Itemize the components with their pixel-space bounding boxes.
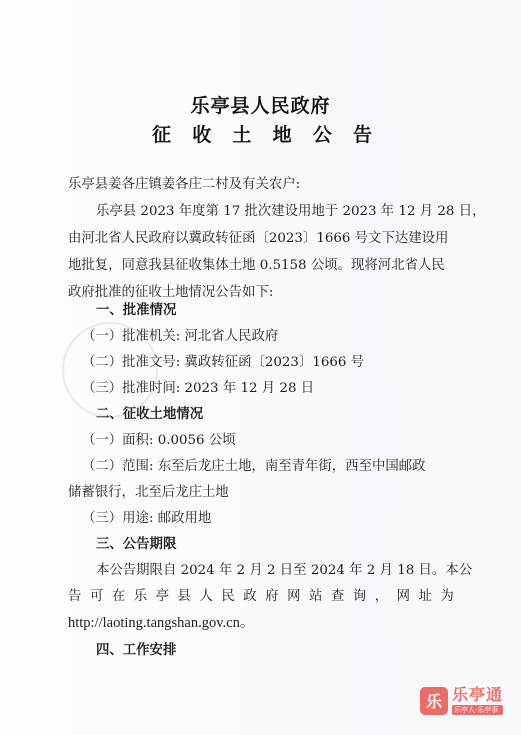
char: 查 [331,587,344,607]
land-use: （三）用途: 邮政用地 [82,509,468,529]
char: 为 [440,587,453,607]
watermark-tagline: 乐亭人·乐亭事 [452,705,503,715]
char: 网 [397,587,410,607]
char: 在 [112,587,125,607]
period-line-2: 告 可 在 乐 亭 县 人 民 政 府 网 站 查 询 ， 网 址 为 [68,587,454,607]
section-heading-period: 三、公告期限 [96,535,482,555]
app-logo-icon: 乐 [420,687,448,715]
char: 告 [68,587,81,607]
title-char: 土 [232,120,251,147]
intro-line-2: 由河北省人民政府以冀政转征函〔2023〕1666 号文下达建设用 [68,229,454,249]
char: 询 [353,587,366,607]
intro-line-4: 政府批准的征收土地情况公告如下: [68,283,454,303]
title-char: 告 [353,120,372,147]
section-heading-approval: 一、批准情况 [96,301,482,321]
char: 县 [178,587,191,607]
section-heading-land: 二、征收土地情况 [96,405,482,425]
land-boundary-cont: 储蓄银行，北至后龙庄土地 [68,483,454,503]
title-char: 征 [152,120,171,147]
intro-line-1: 乐亭县 2023 年度第 17 批次建设用地于 2023 年 12 月 28 日… [96,202,454,222]
title-char: 地 [273,120,292,147]
approval-document-number: （二）批准文号: 冀政转征函〔2023〕1666 号 [82,353,468,373]
app-watermark: 乐 乐亭通 乐亭人·乐亭事 [420,686,503,715]
government-website-url[interactable]: http://laoting.tangshan.gov.cn。 [68,613,454,633]
char: 政 [243,587,256,607]
char: 亭 [156,587,169,607]
char: 址 [419,587,432,607]
char: ， [375,587,388,607]
title-char: 公 [313,120,332,147]
char: 可 [90,587,103,607]
document-title: 征 收 土 地 公 告 [152,120,372,147]
addressee: 乐亭县姜各庄镇姜各庄二村及有关农户: [68,175,454,195]
approval-authority: （一）批准机关: 河北省人民政府 [82,327,468,347]
section-heading-work: 四、工作安排 [96,641,482,661]
char: 民 [221,587,234,607]
char: 站 [309,587,322,607]
land-boundary: （二）范围: 东至后龙庄土地，南至青年街，西至中国邮政 [82,457,468,477]
char: 人 [199,587,212,607]
watermark-name: 乐亭通 [452,686,503,704]
intro-line-3: 地批复，同意我县征收集体土地 0.5158 公顷。现将河北省人民 [68,256,454,276]
document-page: 乐亭县人民政府 征 收 土 地 公 告 乐亭县姜各庄镇姜各庄二村及有关农户: 乐… [0,0,521,735]
char: 府 [265,587,278,607]
char: 网 [287,587,300,607]
issuer-title: 乐亭县人民政府 [0,91,521,118]
approval-date: （三）批准时间: 2023 年 12 月 28 日 [82,379,468,399]
period-line-1: 本公告期限自 2024 年 2 月 2 日至 2024 年 2 月 18 日。本… [96,561,454,581]
char: 乐 [134,587,147,607]
land-area: （一）面积: 0.0056 公顷 [82,431,468,451]
title-char: 收 [192,120,211,147]
